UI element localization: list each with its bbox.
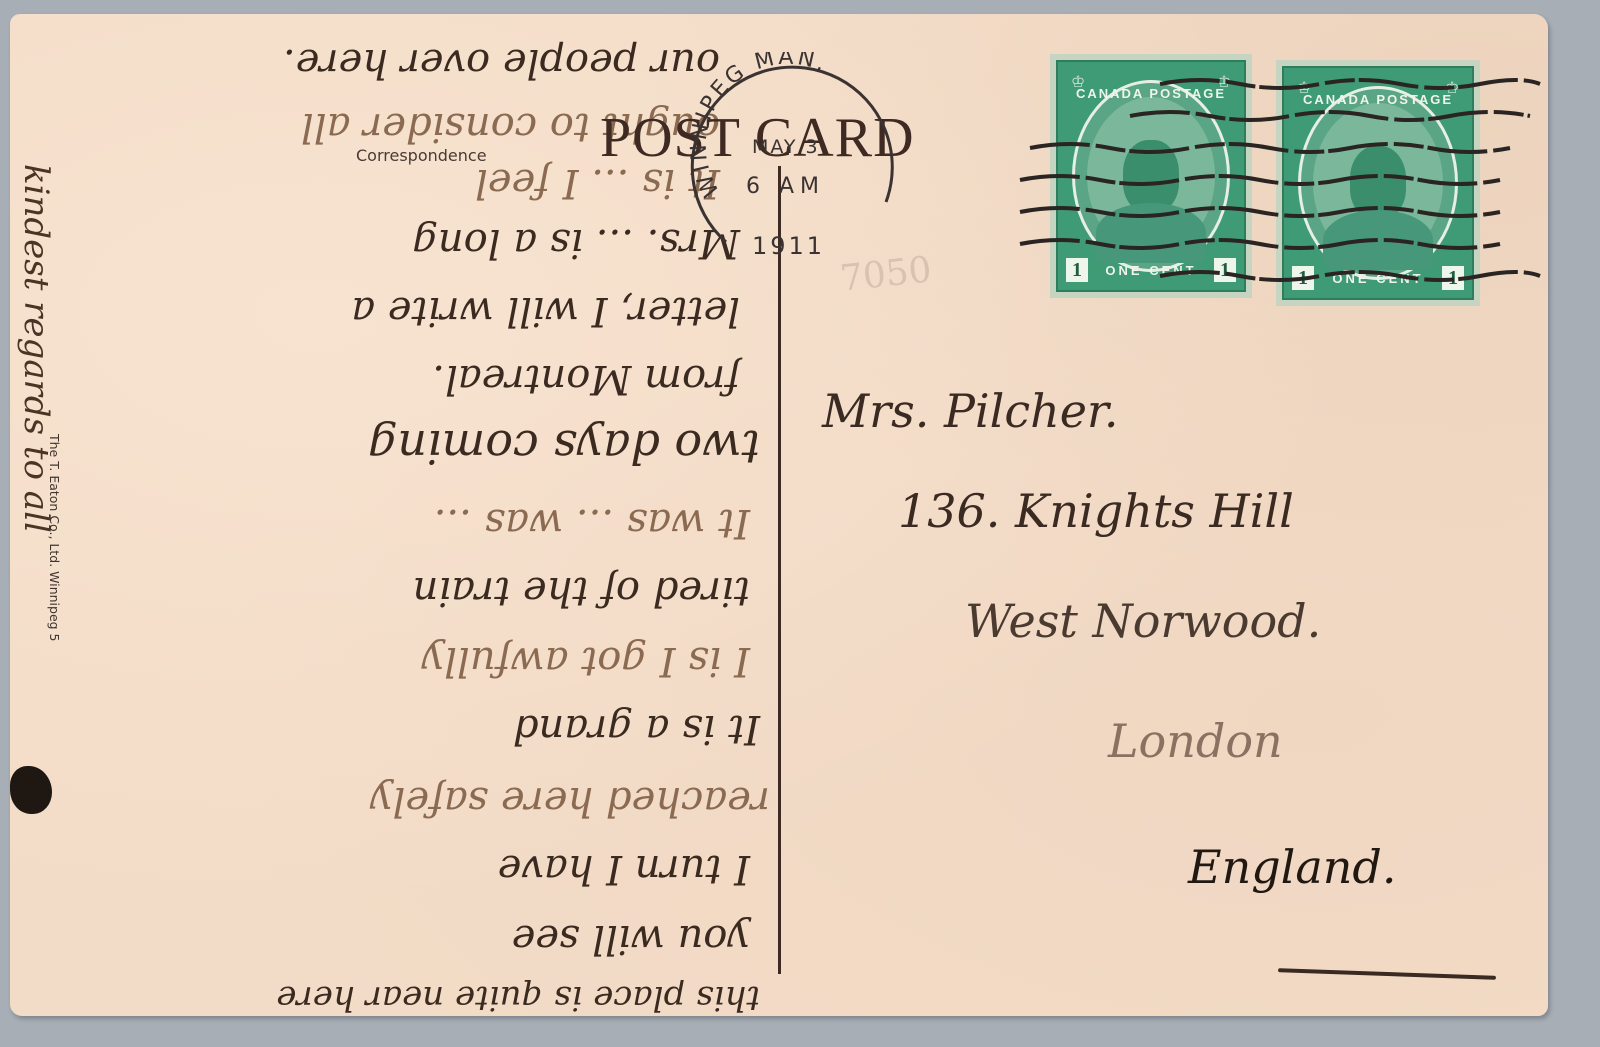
message-line: you will see — [512, 916, 750, 962]
postmark-year: 1911 — [752, 232, 825, 260]
message-line: our people over here. — [283, 40, 720, 86]
message-line: this place is quite near here — [276, 978, 760, 1016]
postmark-date: MAY 3 — [752, 136, 820, 158]
message-line: tired of the train — [413, 568, 750, 614]
message-area: this place is quite near here you will s… — [20, 24, 780, 1014]
address-street: 136. Knights Hill — [898, 484, 1294, 538]
pencil-note: 7050 — [838, 249, 933, 299]
postmark-time: 6 AM — [746, 174, 825, 199]
divider-line — [778, 166, 781, 974]
message-line: from Montreal. — [432, 356, 740, 402]
cancellation-lines-icon — [1010, 74, 1548, 304]
message-line: It was ... was ... — [434, 500, 750, 546]
postmark: WINNIPEG MAN. MAY 3 6 AM 1911 — [686, 52, 900, 266]
address-country: England. — [1188, 840, 1396, 894]
address-underline — [1278, 968, 1496, 980]
correspondence-label: Correspondence — [356, 146, 487, 165]
message-line: two days coming — [368, 420, 760, 474]
message-line: I is I got awfully — [422, 638, 750, 684]
address-name: Mrs. Pilcher. — [822, 384, 1118, 438]
postcard: this place is quite near here you will s… — [10, 14, 1548, 1016]
message-line: It is a grand — [513, 706, 760, 752]
publisher-imprint: The T. Eaton Co., Ltd. Winnipeg 5 — [47, 434, 62, 642]
message-line: letter, I will write a — [351, 288, 740, 334]
message-line: reached here safely — [370, 778, 770, 824]
address-district: West Norwood. — [965, 594, 1321, 648]
message-line: I turn I have — [498, 846, 750, 892]
address-city: London — [1108, 714, 1283, 768]
